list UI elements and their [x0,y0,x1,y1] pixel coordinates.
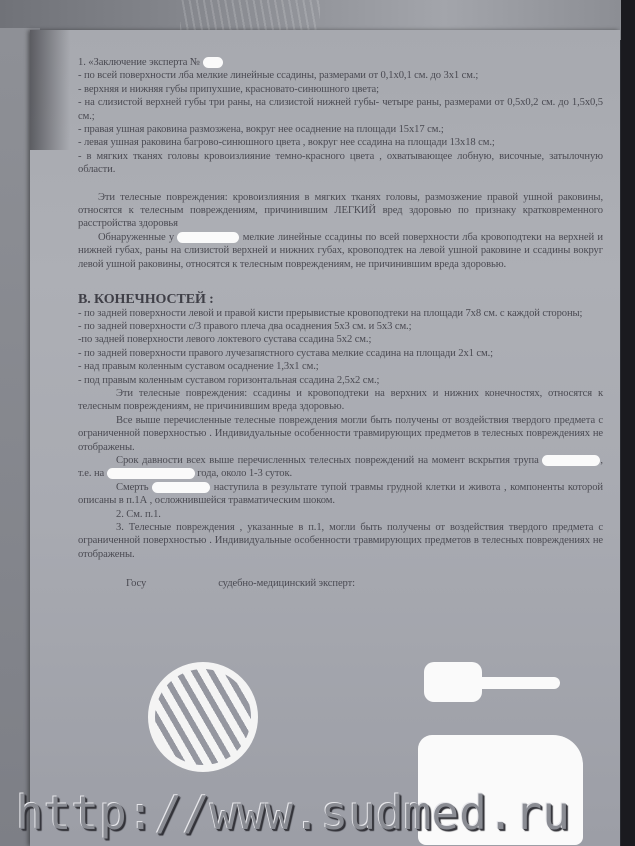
paragraph-death-cause: Смерть наступила в результате тупой трав… [78,481,603,508]
redaction [107,468,195,479]
page-shadow [30,30,70,150]
head-injuries-list: - по всей поверхности лба мелкие линейны… [78,69,603,176]
signature-title: судебно-медицинский эксперт: [218,578,355,589]
signature-line: Госусудебно-медицинский эксперт: [78,577,603,590]
document-body: 1. «Заключение эксперта № - по всей пове… [78,56,603,591]
list-item: - левая ушная раковина багрово-синюшного… [78,136,603,149]
paragraph-injury-age: Срок давности всех выше перечисленных те… [78,454,603,481]
list-item: - по задней поверхности с/3 правого плеч… [78,320,603,333]
limb-injuries-list: - по задней поверхности левой и правой к… [78,307,603,387]
list-item: - над правым коленным суставом осаднение… [78,360,603,373]
header-text: 1. «Заключение эксперта № [78,57,200,68]
redacted-stamp [148,662,258,772]
found-prefix: Обнаруженные у [98,232,174,243]
list-item: - по задней поверхности левой и правой к… [78,307,603,320]
paragraph-found-injuries: Обнаруженные у мелкие линейные ссадины п… [78,231,603,271]
age-suffix: года, около 1-3 суток. [197,468,292,479]
document-header: 1. «Заключение эксперта № [78,56,603,69]
section-limbs-heading: В. КОНЕЧНОСТЕЙ : [78,293,603,306]
list-item: - в мягких тканях головы кровоизлияние т… [78,150,603,177]
redaction [542,455,600,466]
redacted-name-tail [470,677,560,689]
redaction [152,482,210,493]
paragraph-limbs-no-harm: Эти телесные повреждения: ссадины и кров… [78,387,603,414]
list-item: - по задней поверхности правого лучезапя… [78,347,603,360]
watermark: http://www.sudmed.ru [16,786,570,840]
paragraph-light-harm: Эти телесные повреждения: кровоизлияния … [78,191,603,231]
list-item: - по всей поверхности лба мелкие линейны… [78,69,603,82]
item-2: 2. См. п.1. [78,508,603,521]
paragraph-all-injuries: Все выше перечисленные телесные поврежде… [78,414,603,454]
item-3: 3. Телесные повреждения , указанные в п.… [78,521,603,561]
death-prefix: Смерть [116,482,149,493]
age-prefix: Срок давности всех выше перечисленных те… [116,455,539,466]
signature-prefix: Госу [126,578,146,589]
list-item: - верхняя и нижняя губы припухшие, красн… [78,83,603,96]
list-item: -по задней поверхности левого локтевого … [78,333,603,346]
redaction [177,232,239,243]
redaction [203,57,223,68]
list-item: - под правым коленным суставом горизонта… [78,374,603,387]
dark-edge [621,0,635,846]
list-item: - на слизистой верхней губы три раны, на… [78,96,603,123]
list-item: - правая ушная раковина размозжена, вокр… [78,123,603,136]
